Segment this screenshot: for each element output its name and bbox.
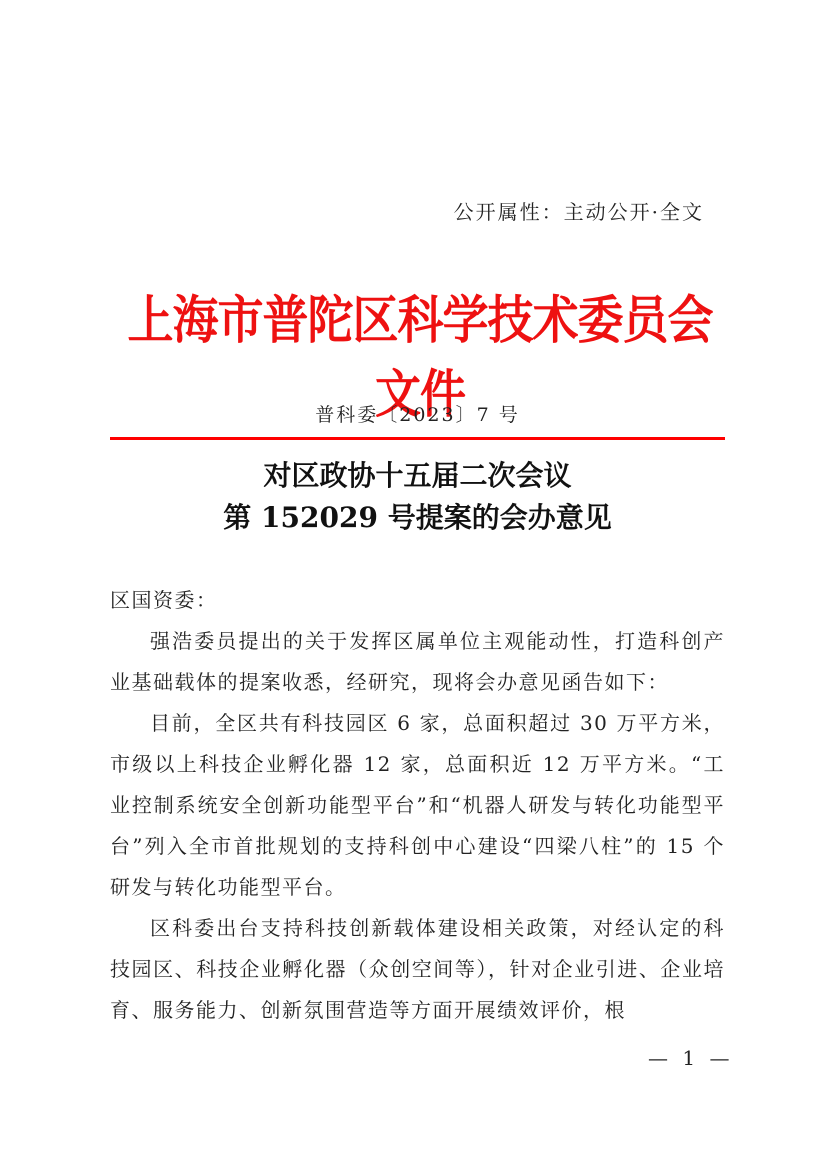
document-body: 区国资委： 强浩委员提出的关于发挥区属单位主观能动性，打造科创产业基础载体的提案…: [110, 580, 725, 1031]
paragraph-2: 目前，全区共有科技园区 6 家，总面积超过 30 万平方米，市级以上科技企业孵化…: [110, 703, 725, 908]
paragraph-1: 强浩委员提出的关于发挥区属单位主观能动性，打造科创产业基础载体的提案收悉，经研究…: [110, 621, 725, 703]
page-number: — 1 —: [648, 1046, 733, 1070]
red-divider-rule: [110, 437, 725, 440]
paragraph-3: 区科委出台支持科技创新载体建设相关政策，对经认定的科技园区、科技企业孵化器（众创…: [110, 908, 725, 1031]
subject-line-1: 对区政协十五届二次会议: [110, 455, 725, 497]
document-number: 普科委〔2023〕7 号: [110, 400, 725, 427]
addressee: 区国资委：: [110, 580, 725, 621]
document-subject: 对区政协十五届二次会议 第 152029 号提案的会办意见: [110, 455, 725, 539]
disclosure-attribute: 公开属性：主动公开·全文: [454, 196, 704, 225]
subject-line-2: 第 152029 号提案的会办意见: [110, 497, 725, 539]
